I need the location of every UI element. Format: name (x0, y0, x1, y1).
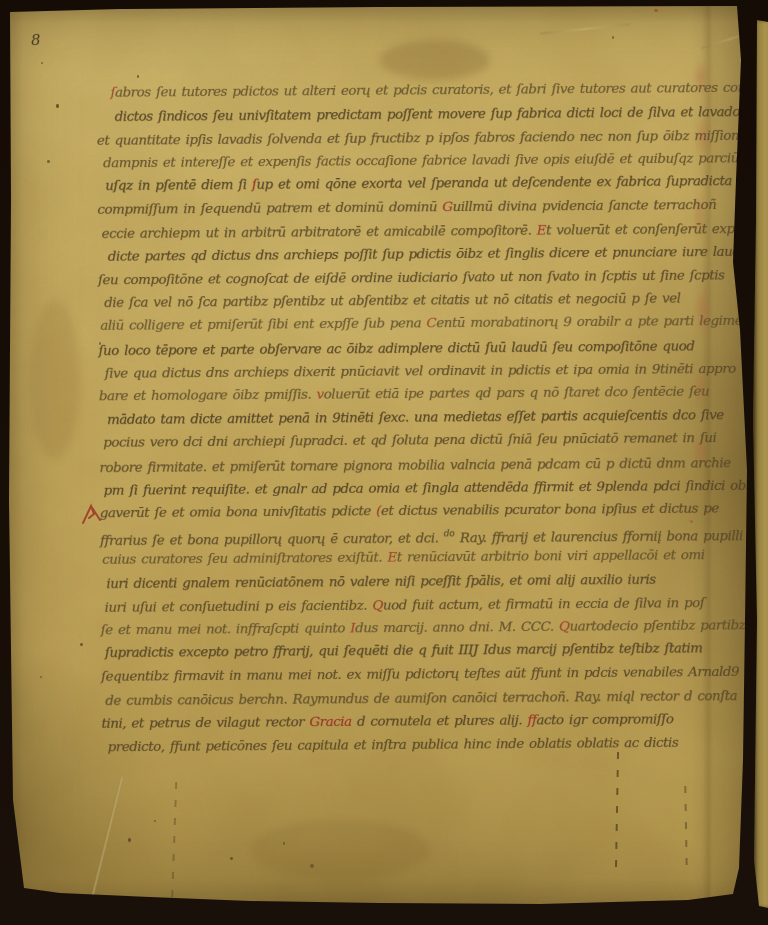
margin-nota-icon (80, 502, 106, 528)
text-segment: abros ſeu tutores pdictos ut alteri eorų… (115, 80, 764, 100)
ink-speck (230, 857, 233, 860)
ink-speck (56, 104, 59, 108)
ink-speck (154, 820, 156, 822)
text-segment: ſive qua dictus dns archieps dixerit pnū… (105, 362, 736, 382)
ink-speck (137, 75, 139, 78)
text-segment: mādato tam dicte amittet penā in 9tinēti… (107, 408, 724, 428)
ink-showthrough-stain (686, 52, 716, 482)
ink-speck (80, 643, 83, 646)
text-segment: ſuo loco tēpore et parte obſervare ac ōi… (98, 339, 694, 359)
text-segment: die ſca vel nō ſca partibz pſentibz ut a… (104, 292, 680, 312)
ink-speck (612, 36, 614, 39)
rubric-segment: Q (372, 598, 383, 613)
red-speck (654, 9, 658, 12)
text-segment: aliū colligere et pmiſerūt ſibi ent expſ… (100, 317, 426, 335)
text-segment: dampnis et intereſſe et expenſis factis … (103, 151, 768, 171)
manuscript-line: predicto, ffunt peticōnes ſeu capitula e… (101, 731, 701, 759)
text-segment: entū morabatinorų 9 orabilr a pte parti … (436, 314, 768, 332)
ink-speck (99, 342, 101, 345)
text-segment: acto igr compromiſſo (536, 712, 673, 728)
text-segment: ſupradictis excepto petro ffrarij, qui ſ… (105, 642, 703, 662)
manuscript-line: ſabros ſeu tutores pdictos ut alteri eor… (96, 77, 696, 105)
text-segment: iuri dicenti gnalem renūciatōnem nō vale… (106, 573, 655, 592)
rubric-segment: G (442, 200, 452, 215)
text-segment: ſe et manu mei not. inffraſcpti quinto (101, 621, 351, 638)
text-segment: up et omi qōne exorta vel ſperanda ut de… (256, 174, 732, 193)
text-segment: eccie archiepm ut in arbitrū arbitratorē… (101, 224, 536, 242)
manuscript-line: compmiſſum in ſequendū patrem et dominū … (97, 194, 697, 222)
text-segment: dicte partes qd dictus dns archieps poſſ… (108, 245, 748, 265)
ink-speck (40, 676, 42, 678)
ink-speck (128, 838, 131, 842)
parchment-stain (380, 40, 490, 80)
text-segment: gaverūt ſe et omia bona univſitatis pdic… (100, 504, 376, 521)
text-segment: tini, et petrus de vilagut rector (101, 715, 309, 732)
rubric-segment: Q (559, 620, 570, 635)
superscript-segment: do (444, 529, 455, 539)
text-segment: t renūciavūt arbitrio boni viri appellac… (397, 548, 705, 565)
text-segment: dictos ſindicos ſeu univſitatem predicta… (115, 105, 768, 125)
text-segment: cuius curatores ſeu adminiſtratores exiſ… (102, 550, 387, 567)
rubric-segment: E (387, 550, 396, 565)
text-segment: pocius vero dci dni archiepi ſupradci. e… (103, 431, 716, 451)
rubric-segment: ff (527, 714, 536, 729)
rubric-segment: C (426, 316, 436, 331)
folio-number: 8 (30, 31, 41, 50)
ink-speck (47, 160, 50, 163)
text-segment: oluerūt etiā ipe partes qd pars q nō ſta… (324, 385, 710, 403)
text-segment: pm ſi fuerint requiſite. et gnalr ad pdc… (104, 478, 754, 498)
text-segment: uod fuit actum, et firmatū in eccia de ſ… (383, 596, 704, 614)
manuscript-line: pocius vero dci dni archiepi ſupradci. e… (99, 427, 699, 455)
red-speck (690, 520, 693, 523)
manuscript-line: cuius curatores ſeu adminiſtratores exiſ… (100, 544, 700, 572)
manuscript-line: aliū colligere et pmiſerūt ſibi ent expſ… (98, 310, 698, 338)
text-segment: predicto, ffunt peticōnes ſeu capitula e… (108, 735, 679, 754)
text-segment: compmiſſum in ſequendū patrem et dominū … (97, 200, 442, 218)
text-segment: d cornutela et plures alij. (351, 714, 527, 730)
text-block: ſabros ſeu tutores pdictos ut alteri eor… (96, 78, 701, 760)
text-segment: bare et homologare ōibz pmiſſis. (99, 388, 317, 405)
manuscript-line: ſequentibz firmavit in manu mei not. ex … (101, 661, 701, 689)
text-segment: uillmū divina pvidencia ſancte terrachoñ (452, 198, 716, 215)
next-folio-edge (753, 20, 768, 908)
text-segment: iuri uſui et conſuetudini p eis facienti… (104, 598, 372, 615)
ink-speck (41, 62, 43, 64)
rubric-segment: Gracia (309, 715, 351, 730)
text-segment: dus marcij. anno dni. M. CCC. (355, 620, 559, 637)
parchment-folio: 8 ſabros ſeu tutores pdictos ut alteri e… (0, 0, 768, 925)
parchment-stain (250, 820, 430, 880)
text-segment: ſequentibz firmavit in manu mei not. ex … (101, 664, 739, 684)
red-speck (742, 16, 747, 20)
text-segment: robore firmitate. et pmiſerūt tornare pi… (99, 456, 730, 476)
manuscript-photo: 8 ſabros ſeu tutores pdictos ut alteri e… (0, 0, 768, 925)
text-segment: de cumbis canōicus berchn. Raymundus de … (105, 689, 737, 709)
text-segment: uartodecio pſentibz partibz (569, 618, 745, 634)
text-segment: et dictus venabilis pcurator bona ipſius… (381, 502, 719, 520)
text-segment: t voluerūt et conſenſerūt expſſe (546, 222, 751, 239)
text-segment: uſqz in pſentē diem ſi (105, 178, 252, 194)
text-segment: ſeu compoſitōne et cognoſcat de eiſdē or… (98, 268, 725, 288)
parchment-stain (30, 300, 80, 460)
text-segment: et quantitate ipſis lavadis ſolvenda et … (97, 128, 758, 148)
